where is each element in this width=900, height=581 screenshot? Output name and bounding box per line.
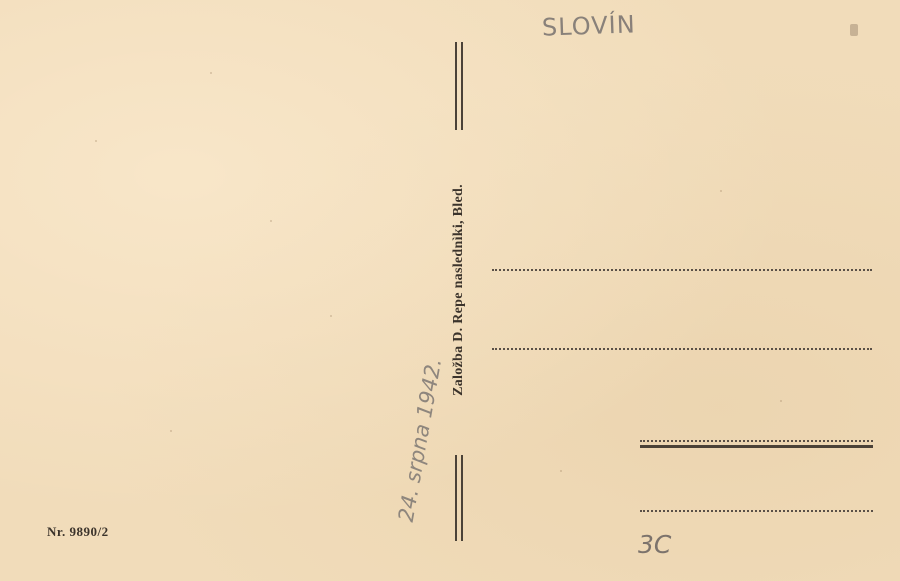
- handwritten-top-note: SLOVÍN: [542, 10, 637, 41]
- paper-speck: [170, 430, 172, 432]
- handwritten-date: 24. srpna 1942.: [394, 356, 446, 524]
- address-line-4: [640, 510, 873, 512]
- center-divider-bottom: [455, 455, 463, 541]
- catalog-number: Nr. 9890/2: [47, 524, 109, 540]
- address-underline-solid: [640, 445, 873, 448]
- paper-speck: [95, 140, 97, 142]
- address-line-1: [492, 269, 872, 271]
- paper-speck: [780, 400, 782, 402]
- address-line-2: [492, 348, 872, 350]
- paper-speck: [270, 220, 272, 222]
- paper-speck: [720, 190, 722, 192]
- paper-speck: [210, 72, 212, 74]
- paper-speck: [560, 470, 562, 472]
- publisher-imprint: Založba D. Repe naslednìki, Bled.: [451, 184, 467, 396]
- paper-speck: [330, 315, 332, 317]
- stain-mark: [850, 24, 858, 36]
- center-divider-top: [455, 42, 463, 130]
- address-line-3: [640, 440, 873, 442]
- postcard-back: SLOVÍN Založba D. Repe naslednìki, Bled.…: [0, 0, 900, 581]
- handwritten-bottom-note: 3C: [638, 530, 671, 559]
